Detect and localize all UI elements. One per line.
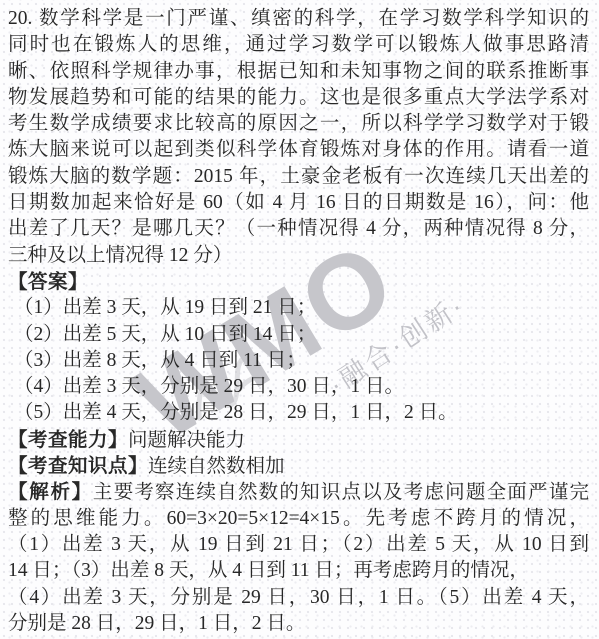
document-text: 20. 数学科学是一门严谨、缜密的科学，在学习数学科学知识的同时也在锻炼人的思维…: [8, 6, 589, 637]
text-run: 整的思维能力。60=3×20=5×12=4×15。先考虑不跨月的情况，: [8, 508, 589, 529]
text-line: 【解析】主要考察连续自然数的知识点以及考虑问题全面严谨完: [8, 479, 589, 505]
section-label: 【答案】: [8, 271, 88, 293]
text-run: （4）出差 3 天，分别是 29 日，30 日，1 日。: [14, 376, 404, 397]
text-line: （3）出差 8 天，从 4 日到 11 日；: [8, 348, 589, 374]
text-line: 分别是 28 日，29 日，1 日，2 日。: [8, 611, 589, 637]
text-run: 问题解决能力: [128, 430, 245, 451]
text-run: （1）出差 3 天，从 19 日到 21 日；: [14, 297, 316, 318]
text-run: （1）出差 3 天，从 19 日到 21 日；（2）出差 5 天，从 10 日到: [8, 534, 589, 555]
text-run: 三种及以上情况得 12 分）: [8, 245, 232, 266]
text-run: 日期数加起来恰好是 60（如 4 月 16 日的日期数是 16），问：他: [8, 192, 589, 213]
text-line: 【考查能力】问题解决能力: [8, 427, 589, 453]
text-line: 物发展趋势和可能的结果的能力。这也是很多重点大学法学系对: [8, 85, 589, 111]
text-run: （5）出差 4 天，分别是 28 日，29 日，1 日，2 日。: [14, 402, 458, 423]
text-run: 20. 数学科学是一门严谨、缜密的科学，在学习数学科学知识的: [8, 8, 589, 29]
text-line: 14 日；（3）出差 8 天，从 4 日到 11 日；再考虑跨月的情况，: [8, 558, 589, 584]
text-run: 考生数学成绩要求比较高的原因之一，所以科学学习数学对于锻: [8, 113, 589, 134]
text-line: 三种及以上情况得 12 分）: [8, 243, 589, 269]
section-label: 【考查知识点】: [8, 455, 148, 477]
section-label: 【解析】: [8, 481, 93, 503]
text-line: 锻炼大脑的数学题：2015 年，土豪金老板有一次连续几天出差的: [8, 164, 589, 190]
text-line: 20. 数学科学是一门严谨、缜密的科学，在学习数学科学知识的: [8, 6, 589, 32]
text-run: 连续自然数相加: [148, 456, 285, 477]
text-line: （4）出差 3 天，分别是 29 日，30 日，1 日。: [8, 374, 589, 400]
section-label: 【考查能力】: [8, 429, 128, 451]
text-run: 出差了几天？是哪几天？（一种情况得 4 分，两种情况得 8 分，: [8, 218, 589, 239]
text-line: 出差了几天？是哪几天？（一种情况得 4 分，两种情况得 8 分，: [8, 216, 589, 242]
text-run: 主要考察连续自然数的知识点以及考虑问题全面严谨完: [93, 482, 589, 503]
text-run: （4）出差 3 天，分别是 29 日，30 日，1 日。（5）出差 4 天，: [8, 587, 589, 608]
text-line: 考生数学成绩要求比较高的原因之一，所以科学学习数学对于锻: [8, 111, 589, 137]
text-run: 同时也在锻炼人的思维，通过学习数学可以锻炼人做事思路清: [8, 34, 589, 55]
text-line: 炼大脑来说可以起到类似科学体育锻炼对身体的作用。请看一道: [8, 137, 589, 163]
text-line: （4）出差 3 天，分别是 29 日，30 日，1 日。（5）出差 4 天，: [8, 585, 589, 611]
text-run: 晰、依照科学规律办事，根据已知和未知事物之间的联系推断事: [8, 61, 589, 82]
text-run: 物发展趋势和可能的结果的能力。这也是很多重点大学法学系对: [8, 87, 589, 108]
text-run: （3）出差 8 天，从 4 日到 11 日；: [14, 350, 306, 371]
text-line: 同时也在锻炼人的思维，通过学习数学可以锻炼人做事思路清: [8, 32, 589, 58]
text-run: 炼大脑来说可以起到类似科学体育锻炼对身体的作用。请看一道: [8, 139, 589, 160]
text-line: （5）出差 4 天，分别是 28 日，29 日，1 日，2 日。: [8, 400, 589, 426]
text-run: 分别是 28 日，29 日，1 日，2 日。: [8, 613, 305, 634]
text-line: 日期数加起来恰好是 60（如 4 月 16 日的日期数是 16），问：他: [8, 190, 589, 216]
text-run: 14 日；（3）出差 8 天，从 4 日到 11 日；再考虑跨月的情况，: [8, 560, 529, 581]
text-line: 整的思维能力。60=3×20=5×12=4×15。先考虑不跨月的情况，: [8, 506, 589, 532]
text-line: 【考查知识点】连续自然数相加: [8, 453, 589, 479]
text-line: （2）出差 5 天，从 10 日到 14 日；: [8, 322, 589, 348]
text-run: （2）出差 5 天，从 10 日到 14 日；: [14, 324, 316, 345]
text-line: 晰、依照科学规律办事，根据已知和未知事物之间的联系推断事: [8, 59, 589, 85]
text-line: （1）出差 3 天，从 19 日到 21 日；（2）出差 5 天，从 10 日到: [8, 532, 589, 558]
text-line: （1）出差 3 天，从 19 日到 21 日；: [8, 295, 589, 321]
text-run: 锻炼大脑的数学题：2015 年，土豪金老板有一次连续几天出差的: [8, 166, 589, 187]
text-line: 【答案】: [8, 269, 589, 295]
scanned-document-page: WMO ·融合·创新· 20. 数学科学是一门严谨、缜密的科学，在学习数学科学知…: [0, 0, 599, 639]
